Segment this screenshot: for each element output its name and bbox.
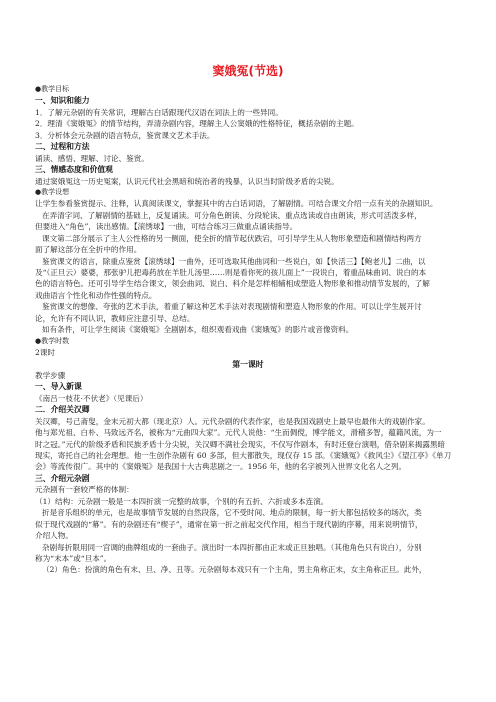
text-line: （1）结构：元杂剧一般是一本四折演一完整的故事，个别的有五折、六折或多本连演。 [35,496,461,507]
text-line: 3．分析体会元杂剧的语言特点，鉴赏课文艺术手法。 [35,130,461,141]
lesson-heading: 第一课时 [35,359,461,370]
heading-intro: 一、导入新课 [35,381,461,392]
text-line: 诵读、感悟、理解、讨论、鉴赏。 [35,153,461,164]
document-body: ●教学目标 一、知识和能力 1．了解元杂剧的有关常识，理解古白话跟现代汉语在词法… [35,84,461,576]
text-line: 1．了解元杂剧的有关常识，理解古白话跟现代汉语在词法上的一些异同。 [35,107,461,118]
text-line: 鉴赏课文的想像、夸张的艺术手法，着重了解这种艺术手法对表现剧情和塑造人物形象的作… [35,301,461,312]
text-line: 教学步骤 [35,370,461,381]
text-line: 让学生参看鉴赏提示、注释，认真阅读课文，掌握其中的古白话词语，了解剧情。可结合课… [35,198,461,209]
text-line: 面了解这部分在全折中的作用。 [35,244,461,255]
heading-process: 二、过程和方法 [35,141,461,152]
heading-knowledge: 一、知识和能力 [35,95,461,106]
text-line: 介绍人物。 [35,530,461,541]
text-line: 但要进入“角色”，读出感情。【滚绣球】一曲，可结合练习三做重点诵读指导。 [35,221,461,232]
text-line: 称为“末本”或“旦本”。 [35,553,461,564]
text-line: 课文第二部分展示了主人公性格的另一侧面，使全折的情节起伏跌宕，可引导学生从人物形… [35,233,461,244]
text-line: 元杂剧有一套较严格的体制： [35,484,461,495]
section-bullet-teaching-design: ●教学设想 [35,187,461,198]
heading-guan-hanqing: 二．介绍关汉卿 [35,404,461,415]
text-line: 色的语言特色。还可引导学生结合课文，领会曲词、说白、科介是怎样相辅相成塑造人物形… [35,278,461,289]
text-line: 现实，寄托自己的社会理想。他一生创作杂剧有 60 多部，但大都散失，现仅存 15… [35,450,461,461]
text-line: 如有条件，可让学生阅读《窦娥冤》全剧剧本，组织观看戏曲《窦娥冤》的影片或音像资料… [35,324,461,335]
text-line: 通过窦娥冤这一历史冤案，认识元代社会黑暗和统治者的残暴，认识当时阶级矛盾的尖锐。 [35,176,461,187]
text-line: 论，允许有不同认识，教师应注意引导、总结。 [35,313,461,324]
text-line: 会》等流传很广。其中的《窦娥冤》是我国十大古典悲剧之一。1956 年，他的名字被… [35,461,461,472]
text-line: 戏曲语言个性化和动作性强的特点。 [35,290,461,301]
document-title: 窦娥冤(节选) [35,64,461,78]
text-line: 鉴赏课文的语言，除重点鉴赏【滚绣球】一曲外，还可选取其他曲词和一些说白，如【快活… [35,256,461,267]
text-line: 似于现代戏剧的“幕”。有的杂剧还有“楔子”，通常在第一折之前起交代作用，相当于现… [35,519,461,530]
text-line: （2）角色：扮演的角色有末、旦、净、丑等。元杂剧每本戏只有一个主角，男主角称正末… [35,564,461,575]
text-line: 及“（正旦云）婆婆，那张驴儿把毒药放在羊肚儿汤里……则是看你死的孩儿面上”一段说… [35,267,461,278]
text-line: 2课时 [35,347,461,358]
heading-yuan-zaju: 三、介绍元杂剧 [35,473,461,484]
text-line: 《南吕一枝花·不伏老》（见课后） [35,393,461,404]
text-line: 时之冠。”元代的阶级矛盾和民族矛盾十分尖锐，关汉卿不满社会现实，不仅写作剧本，有… [35,439,461,450]
section-bullet-teaching-goals: ●教学目标 [35,84,461,95]
text-line: 杂剧每折限用同一宫调的曲牌组成的一套曲子。演出时一本四折都由正末或正旦独唱。（其… [35,542,461,553]
section-bullet-class-hours: ●教学时数 [35,336,461,347]
text-line: 在弄清字词、了解剧情的基础上，反复诵读。可分角色朗读、分段轮读、重点选读或自由朗… [35,210,461,221]
text-line: 折是音乐组织的单元，也是故事情节发展的自然段落，它不受时间、地点的限制，每一折大… [35,507,461,518]
text-line: 关汉卿，号己斋叟，金末元初大都（现北京）人。元代杂剧的代表作家，也是我国戏剧史上… [35,416,461,427]
text-line: 他与郑光祖、白朴、马致远齐名，被称为“元曲四大家”。元代人说他：“生而倜傥，博学… [35,427,461,438]
text-line: 2．理清《窦娥冤》的情节结构，弄清杂剧内容，理解主人公窦娥的性格特征，概括杂剧的… [35,118,461,129]
heading-emotion: 三、情感态度和价值观 [35,164,461,175]
